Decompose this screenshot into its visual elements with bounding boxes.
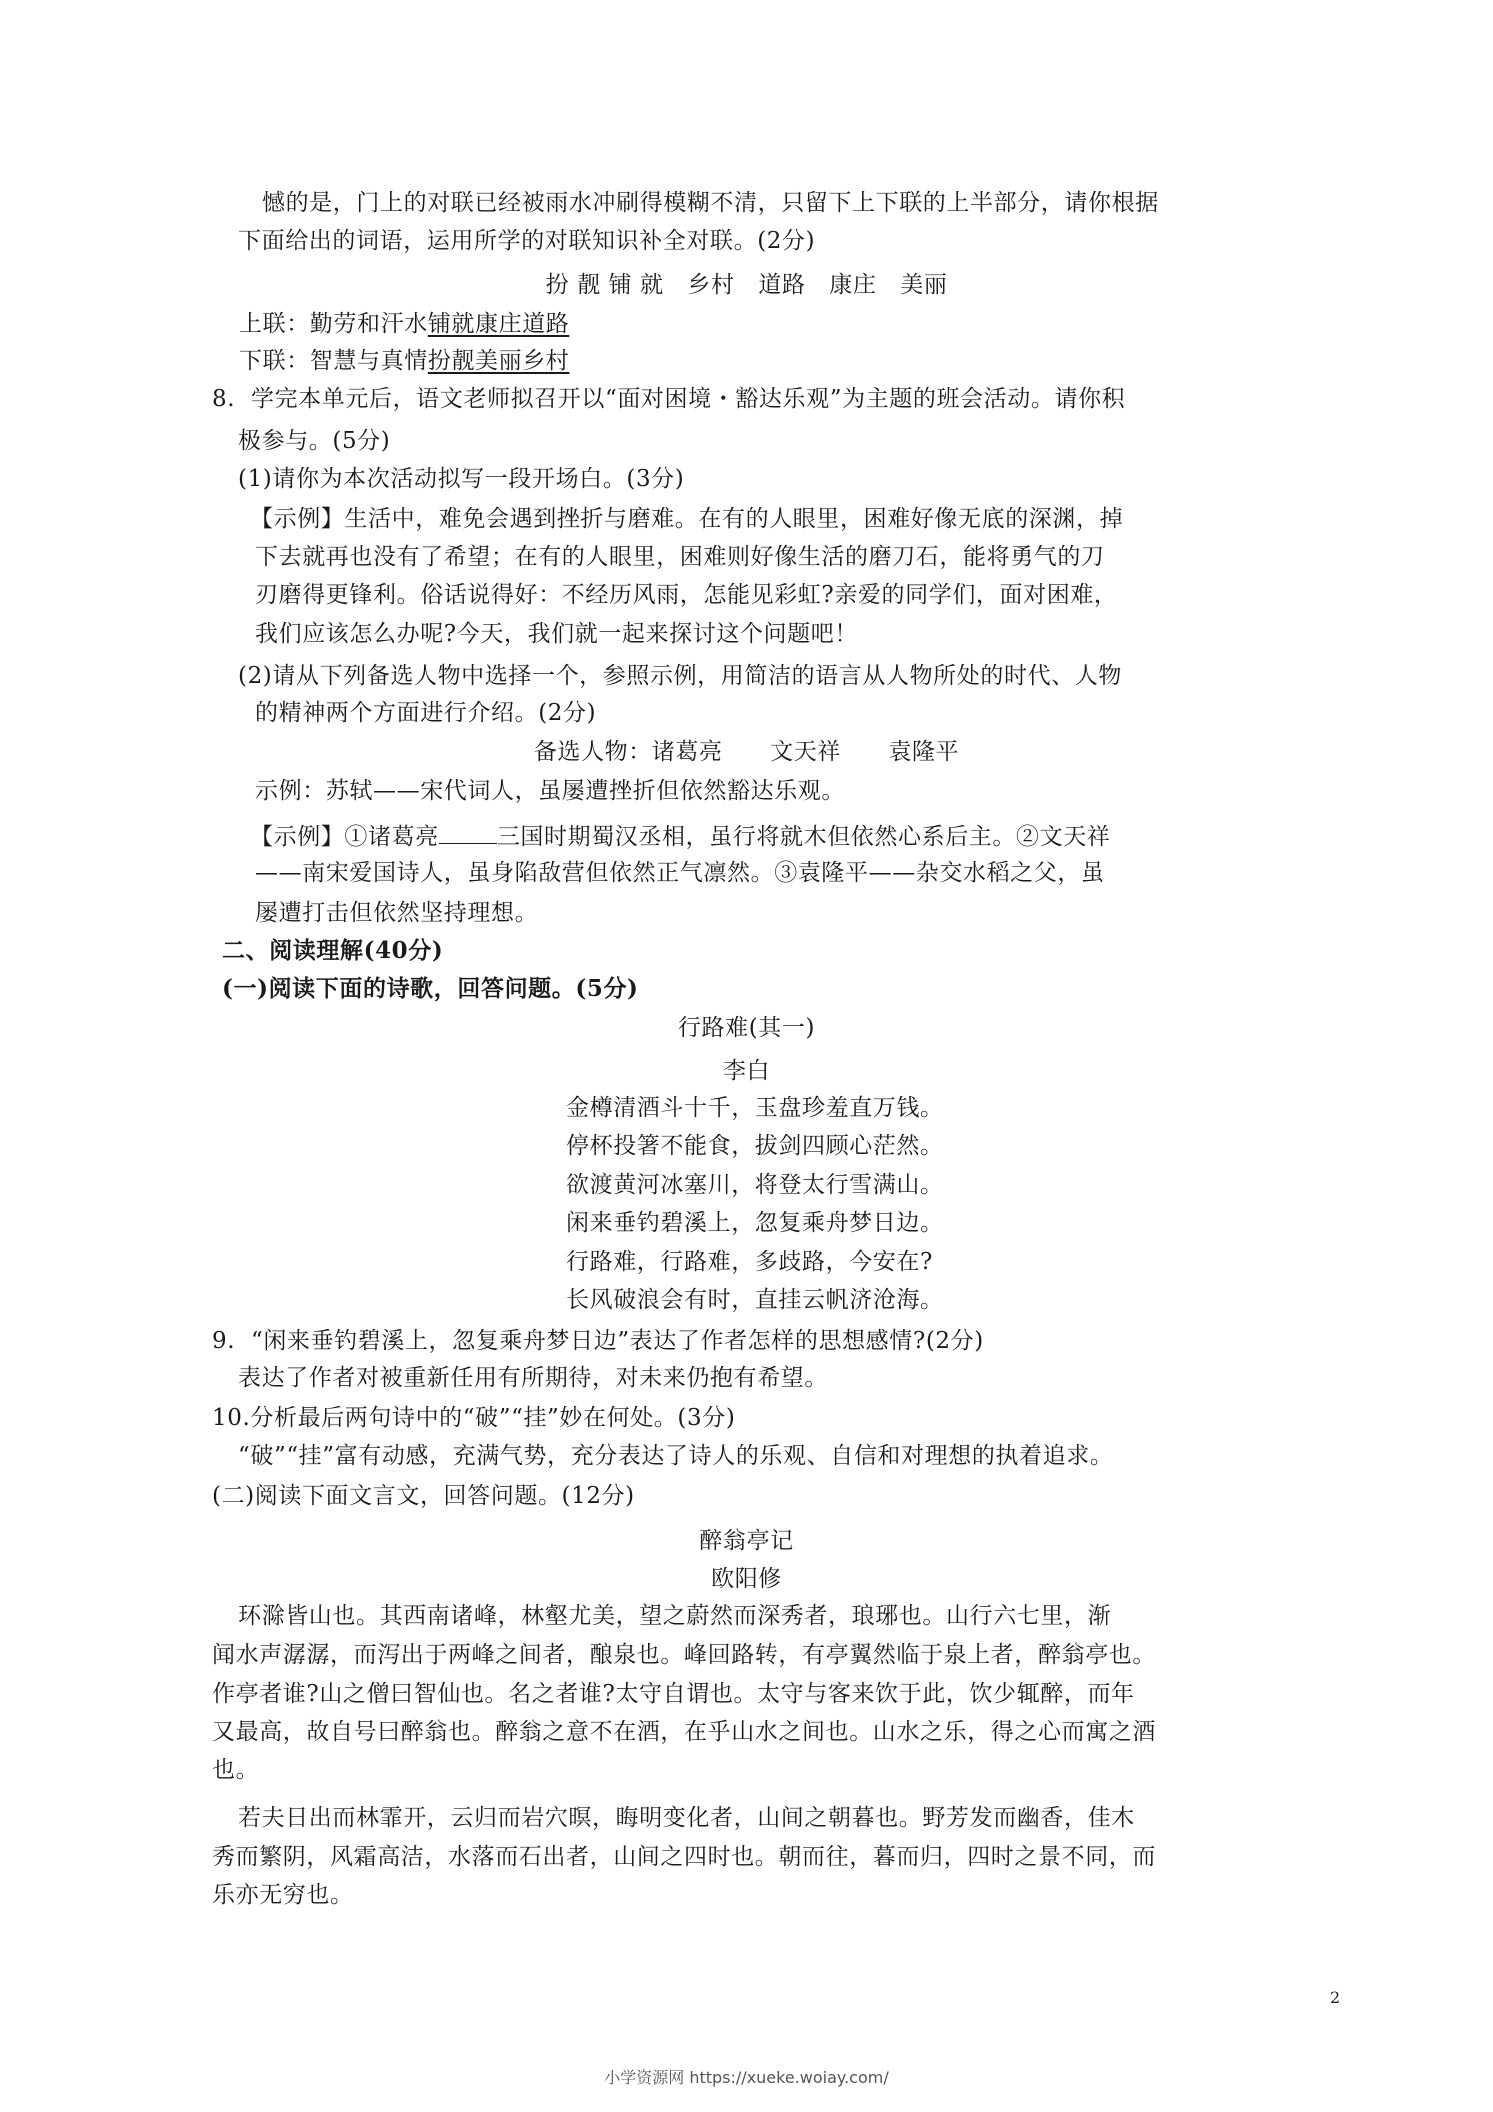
q8-sub1-prompt: (1)请你为本次活动拟写一段开场白。(3分) <box>238 464 684 494</box>
q8-prompt-line-2: 极参与。(5分) <box>238 426 390 456</box>
poem-line-5: 行路难，行路难，多歧路，今安在? <box>566 1247 933 1277</box>
lower-couplet-answer: 扮靓美丽乡村 <box>428 348 570 374</box>
q7-lower-couplet: 下联：智慧与真情扮靓美丽乡村 <box>239 346 569 376</box>
q8-sub2-answer-line-1: 【示例】①诸葛亮三国时期蜀汉丞相，虽行将就木但依然心系后主。②文天祥 <box>250 821 1110 852</box>
para1-line-4: 又最高，故自号曰醉翁也。醉翁之意不在酒，在乎山水之间也。山水之乐，得之心而寓之酒 <box>212 1717 1156 1747</box>
poem-line-1: 金樽清酒斗十千，玉盘珍羞直万钱。 <box>566 1093 944 1123</box>
para2-line-3: 乐亦无穷也。 <box>212 1880 354 1910</box>
q7-upper-couplet: 上联：勤劳和汗水铺就康庄道路 <box>239 309 569 339</box>
poem-title: 行路难(其一) <box>0 1013 1493 1043</box>
footer-watermark: 小学资源网 https://xueke.woiay.com/ <box>0 2065 1493 2088</box>
q8-example: 示例：苏轼——宋代词人，虽屡遭挫折但依然豁达乐观。 <box>255 776 845 806</box>
prose-title: 醉翁亭记 <box>0 1526 1493 1556</box>
answer-continued: 三国时期蜀汉丞相，虽行将就木但依然心系后主。②文天祥 <box>497 824 1111 850</box>
lower-couplet-label: 下联：智慧与真情 <box>239 348 428 374</box>
prose-author: 欧阳修 <box>0 1564 1493 1594</box>
q7-word-bank: 扮 靓 铺 就 乡村 道路 康庄 美丽 <box>0 270 1493 300</box>
q7-text-line-1: 憾的是，门上的对联已经被雨水冲刷得模糊不清，只留下上下联的上半部分，请你根据 <box>262 188 1159 218</box>
q10-prompt: 10.分析最后两句诗中的“破”“挂”妙在何处。(3分) <box>212 1403 735 1433</box>
q8-sub2-answer-line-3: 屡遭打击但依然坚持理想。 <box>255 898 538 928</box>
q8-sub2-answer-line-2: ——南宋爱国诗人，虽身陷敌营但依然正气凛然。③袁隆平——杂交水稻之父，虽 <box>255 858 1105 888</box>
para1-line-5: 也。 <box>212 1755 259 1785</box>
para1-line-1: 环滁皆山也。其西南诸峰，林壑尤美，望之蔚然而深秀者，琅琊也。山行六七里，渐 <box>238 1601 1111 1631</box>
q10-answer: “破”“挂”富有动感，充满气势，充分表达了诗人的乐观、自信和对理想的执着追求。 <box>238 1441 1113 1471</box>
para2-line-2: 秀而繁阴，风霜高洁，水落而石出者，山间之四时也。朝而往，暮而归，四时之景不同，而 <box>212 1842 1156 1872</box>
poem-author: 李白 <box>0 1056 1493 1086</box>
poem-line-4: 闲来垂钓碧溪上，忽复乘舟梦日边。 <box>566 1208 944 1238</box>
q8-sub1-answer-line-1: 【示例】生活中，难免会遇到挫折与磨难。在有的人眼里，困难好像无底的深渊，掉 <box>250 504 1123 534</box>
section-heading-reading: 二、阅读理解(40分) <box>222 936 443 966</box>
para1-line-3: 作亭者谁?山之僧曰智仙也。名之者谁?太守自谓也。太守与客来饮于此，饮少辄醉，而年 <box>212 1679 1135 1709</box>
q8-sub1-answer-line-2: 下去就再也没有了希望；在有的人眼里，困难则好像生活的磨刀石，能将勇气的刀 <box>255 542 1105 572</box>
poem-line-3: 欲渡黄河冰塞川，将登太行雪满山。 <box>566 1170 944 1200</box>
q9-prompt: 9. “闲来垂钓碧溪上，忽复乘舟梦日边”表达了作者怎样的思想感情?(2分) <box>212 1326 984 1356</box>
poem-line-2: 停杯投箸不能食，拔剑四顾心茫然。 <box>566 1131 944 1161</box>
part2-heading: (二)阅读下面文言文，回答问题。(12分) <box>212 1481 635 1511</box>
para2-line-1: 若夫日出而林霏开，云归而岩穴暝，晦明变化者，山间之朝暮也。野芳发而幽香，佳木 <box>238 1803 1135 1833</box>
q8-sub1-answer-line-3: 刃磨得更锋利。俗话说得好：不经历风雨，怎能见彩虹?亲爱的同学们，面对困难， <box>255 580 1118 610</box>
q8-sub1-answer-line-4: 我们应该怎么办呢?今天，我们就一起来探讨这个问题吧！ <box>255 619 858 649</box>
upper-couplet-answer: 铺就康庄道路 <box>428 311 570 337</box>
q9-answer: 表达了作者对被重新任用有所期待，对未来仍抱有希望。 <box>238 1363 828 1393</box>
para1-line-2: 闻水声潺潺，而泻出于两峰之间者，酿泉也。峰回路转，有亭翼然临于泉上者，醉翁亭也。 <box>212 1640 1156 1670</box>
poem-line-6: 长风破浪会有时，直挂云帆济沧海。 <box>566 1285 944 1315</box>
q8-sub2-prompt-line-2: 的精神两个方面进行介绍。(2分) <box>255 698 596 728</box>
answer-zhuge-liang: 【示例】①诸葛亮 <box>250 824 439 850</box>
part1-heading: (一)阅读下面的诗歌，回答问题。(5分) <box>222 974 639 1004</box>
q8-sub2-prompt-line-1: (2)请从下列备选人物中选择一个，参照示例，用简洁的语言从人物所处的时代、人物 <box>238 661 1122 691</box>
answer-blank <box>439 821 497 844</box>
q8-candidates: 备选人物：诸葛亮 文天祥 袁隆平 <box>0 737 1493 767</box>
upper-couplet-label: 上联：勤劳和汗水 <box>239 311 428 337</box>
page-number: 2 <box>1330 1988 1340 2007</box>
q7-text-line-2: 下面给出的词语，运用所学的对联知识补全对联。(2分) <box>238 226 815 256</box>
document-page: 憾的是，门上的对联已经被雨水冲刷得模糊不清，只留下上下联的上半部分，请你根据 下… <box>0 0 1493 2112</box>
q8-prompt-line-1: 8. 学完本单元后，语文老师拟召开以“面对困境・豁达乐观”为主题的班会活动。请你… <box>212 384 1125 414</box>
